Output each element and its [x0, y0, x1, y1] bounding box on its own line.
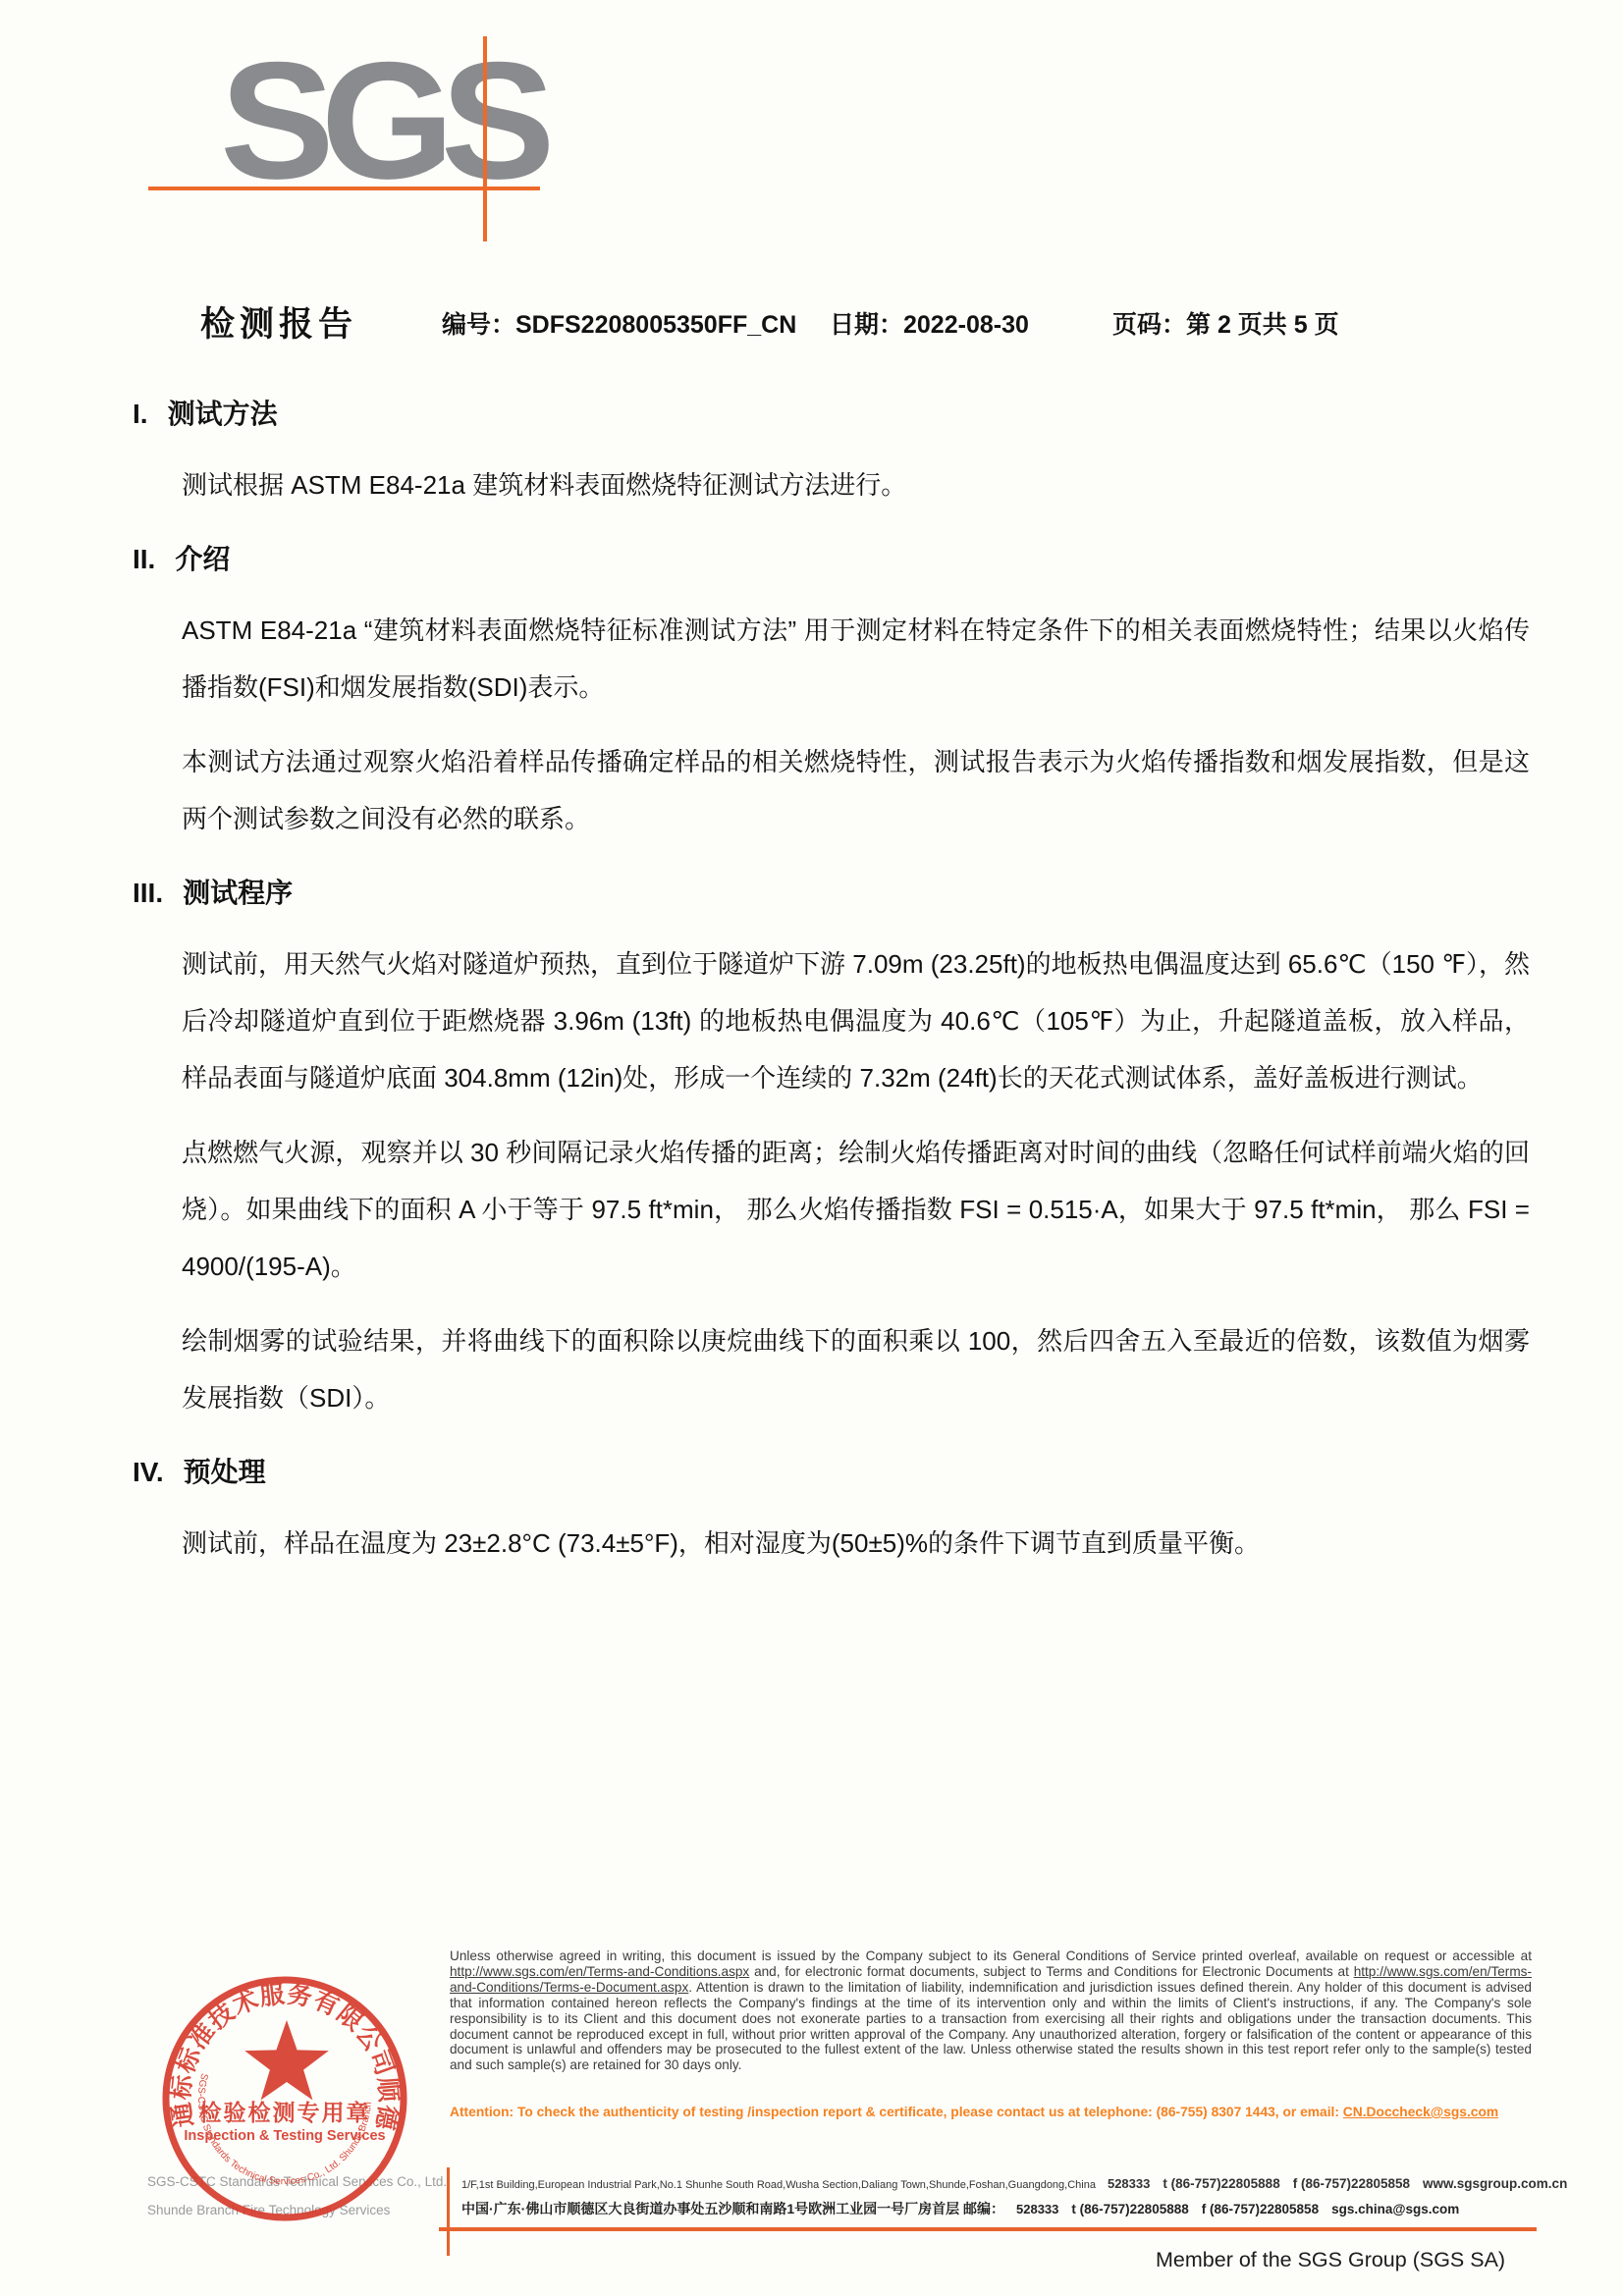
- legal-text: Unless otherwise agreed in writing, this…: [450, 1949, 1532, 2073]
- section-numeral: I.: [133, 386, 148, 443]
- paragraph: ASTM E84-21a “建筑材料表面燃烧特征标准测试方法” 用于测定材料在特…: [182, 602, 1530, 716]
- section-conditioning: IV. 预处理 测试前，样品在温度为 23±2.8°C (73.4±5°F)，相…: [0, 1444, 1623, 1572]
- section-title: 介绍: [175, 531, 230, 588]
- footer-orange-tick: [447, 2167, 450, 2256]
- section-title: 预处理: [184, 1444, 266, 1501]
- section-heading: I. 测试方法: [0, 386, 1623, 443]
- section-test-procedure: III. 测试程序 测试前，用天然气火焰对隧道炉预热，直到位于隧道炉下游 7.0…: [0, 865, 1623, 1426]
- telephone: t (86-757)22805888: [1071, 2202, 1188, 2216]
- report-date: 日期：2022-08-30: [830, 305, 1029, 341]
- address-line-cn: 中国·广东·佛山市顺德区大良街道办事处五沙顺和南路1号欧洲工业园一号厂房首层 邮…: [461, 2199, 1537, 2218]
- attention-text: Attention: To check the authenticity of …: [450, 2105, 1532, 2120]
- paragraph: 测试根据 ASTM E84-21a 建筑材料表面燃烧特征测试方法进行。: [182, 456, 1530, 513]
- logo-crosshair-horizontal: [148, 187, 540, 190]
- inspection-stamp: 通标标准技术服务有限公司顺德分公司 SGS-CSTC Standards Tec…: [137, 1951, 432, 2246]
- paragraph: 测试前，用天然气火焰对隧道炉预热，直到位于隧道炉下游 7.09m (23.25f…: [182, 935, 1530, 1106]
- postcode: 528333: [1016, 2202, 1058, 2216]
- address-en: 1/F,1st Building,European Industrial Par…: [461, 2179, 1096, 2191]
- email: sgs.china@sgs.com: [1331, 2202, 1459, 2216]
- address-line-en: 1/F,1st Building,European Industrial Par…: [461, 2175, 1537, 2193]
- section-heading: IV. 预处理: [0, 1444, 1623, 1501]
- stamp-seal-label-en: Inspection & Testing Services: [184, 2128, 385, 2144]
- star-icon: [244, 2020, 329, 2100]
- stamp-seal-label-cn: 检验检测专用章: [199, 2100, 371, 2125]
- sgs-logo-text: SGS: [220, 38, 542, 205]
- telephone: t (86-757)22805888: [1163, 2176, 1279, 2191]
- section-numeral: IV.: [133, 1444, 164, 1501]
- website: www.sgsgroup.com.cn: [1423, 2176, 1567, 2191]
- postcode: 528333: [1108, 2176, 1150, 2191]
- section-introduction: II. 介绍 ASTM E84-21a “建筑材料表面燃烧特征标准测试方法” 用…: [0, 531, 1623, 847]
- section-test-method: I. 测试方法 测试根据 ASTM E84-21a 建筑材料表面燃烧特征测试方法…: [0, 386, 1623, 513]
- report-title: 检测报告: [200, 297, 357, 347]
- section-title: 测试方法: [168, 386, 278, 443]
- member-note: Member of the SGS Group (SGS SA): [1156, 2248, 1505, 2272]
- section-heading: III. 测试程序: [0, 865, 1623, 922]
- fax: f (86-757)22805858: [1293, 2176, 1410, 2191]
- report-page-info: 页码：第 2 页共 5 页: [1112, 305, 1339, 341]
- paragraph: 测试前，样品在温度为 23±2.8°C (73.4±5°F)，相对湿度为(50±…: [182, 1515, 1530, 1572]
- section-title: 测试程序: [183, 865, 293, 922]
- section-numeral: III.: [133, 865, 163, 922]
- logo-crosshair-vertical: [483, 36, 487, 241]
- paragraph: 本测试方法通过观察火焰沿着样品传播确定样品的相关燃烧特性，测试报告表示为火焰传播…: [182, 733, 1530, 847]
- section-heading: II. 介绍: [0, 531, 1623, 588]
- report-body: I. 测试方法 测试根据 ASTM E84-21a 建筑材料表面燃烧特征测试方法…: [0, 386, 1623, 1589]
- footer-orange-rule: [439, 2227, 1537, 2231]
- report-page: SGS 检测报告 编号：SDFS2208005350FF_CN 日期：2022-…: [0, 0, 1623, 2296]
- fax: f (86-757)22805858: [1202, 2202, 1319, 2216]
- section-numeral: II.: [133, 531, 155, 588]
- address-cn: 中国·广东·佛山市顺德区大良街道办事处五沙顺和南路1号欧洲工业园一号厂房首层 邮…: [461, 2201, 1004, 2216]
- report-number: 编号：SDFS2208005350FF_CN: [442, 305, 796, 341]
- paragraph: 绘制烟雾的试验结果，并将曲线下的面积除以庚烷曲线下的面积乘以 100，然后四舍五…: [182, 1312, 1530, 1426]
- paragraph: 点燃燃气火源，观察并以 30 秒间隔记录火焰传播的距离；绘制火焰传播距离对时间的…: [182, 1124, 1530, 1295]
